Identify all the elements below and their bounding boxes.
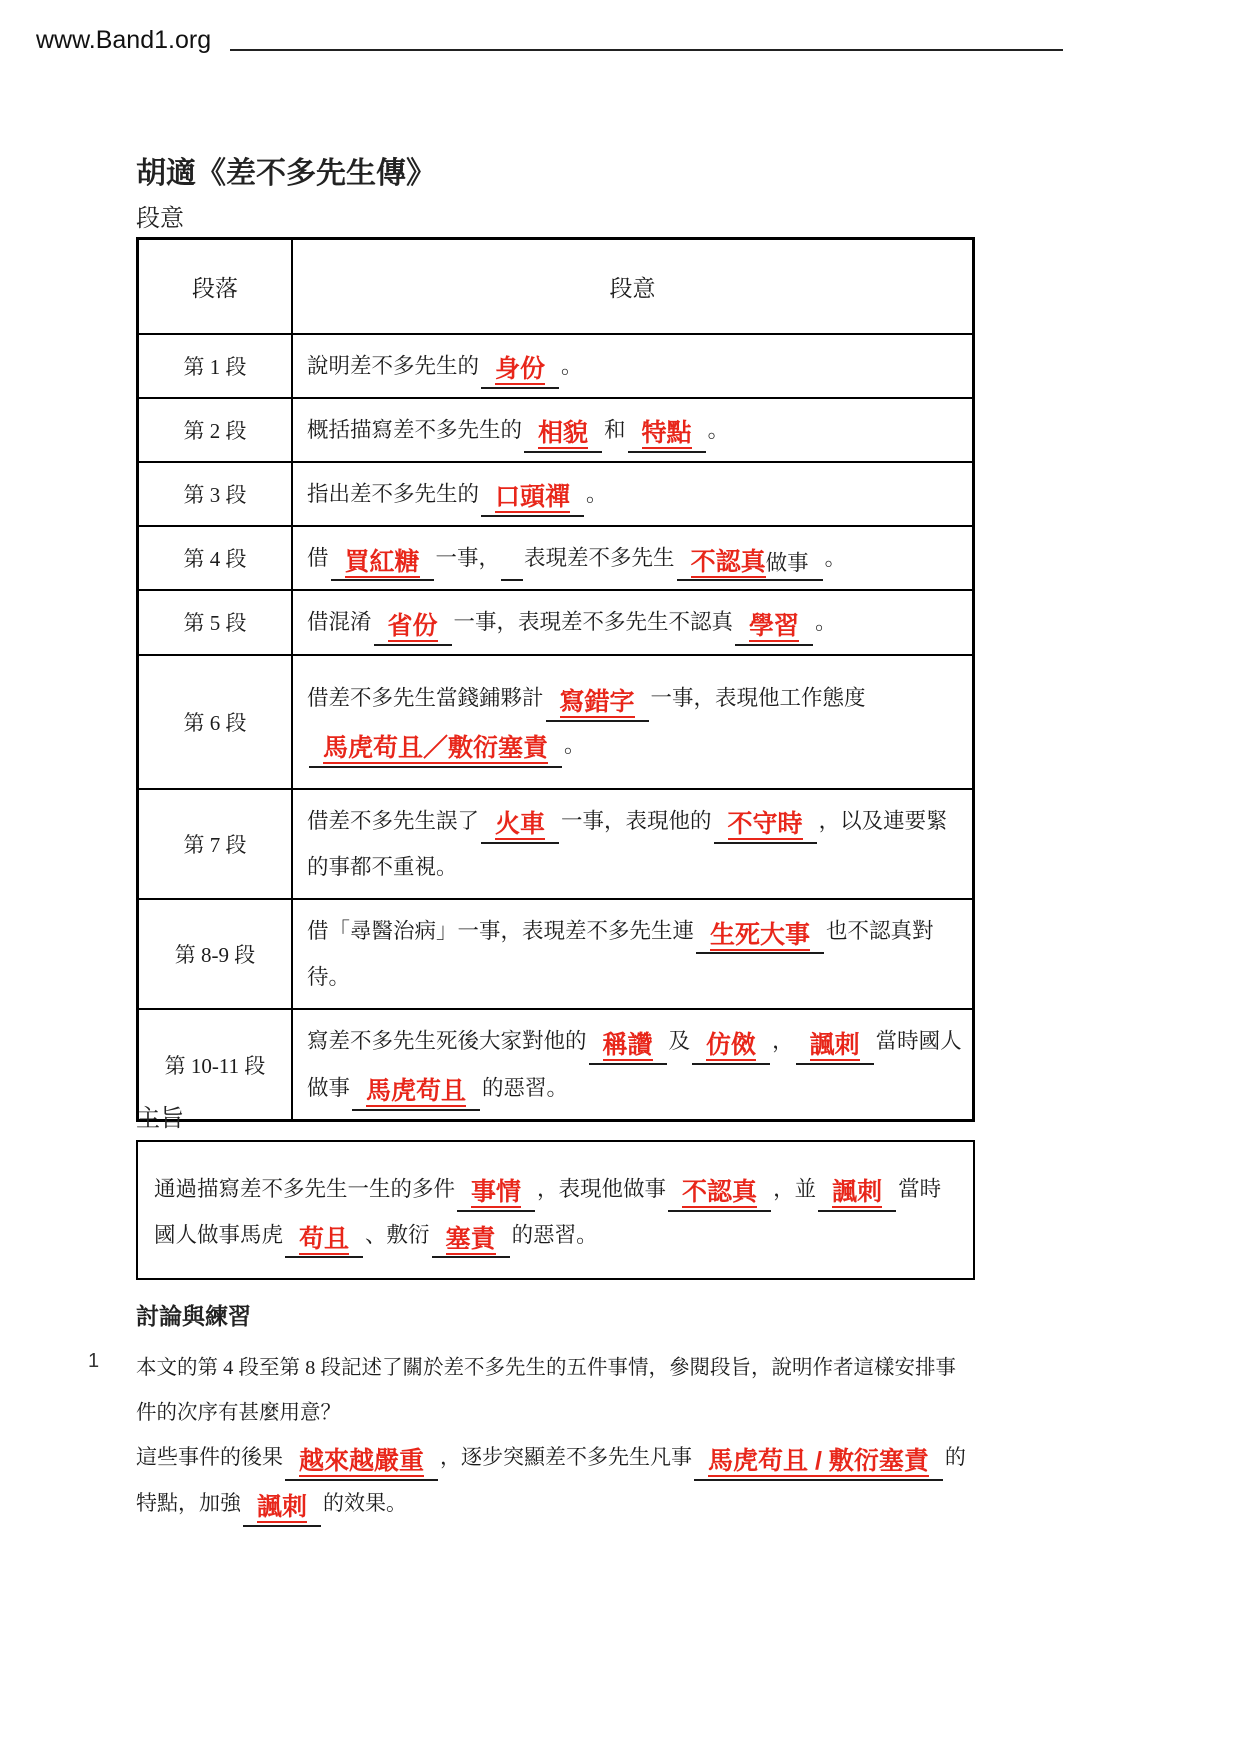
- paragraph-label: 第 2 段: [138, 398, 293, 462]
- table-row: 第 7 段 借差不多先生誤了火車一事，表現他的不守時，以及連要緊的事都不重視。: [138, 789, 974, 899]
- answer-text: 諷刺: [832, 1178, 882, 1208]
- text-segment: 的效果。: [323, 1491, 407, 1515]
- text-segment: 寫差不多先生死後大家對他的: [307, 1029, 587, 1053]
- section-label-duanyi: 段意: [136, 198, 184, 233]
- text-segment: 說明差不多先生的: [307, 354, 479, 378]
- text-segment: 一事，表現他的: [561, 809, 712, 833]
- text-segment: 概括描寫差不多先生的: [307, 418, 522, 442]
- paragraph-label: 第 8-9 段: [138, 899, 293, 1009]
- paragraph-label: 第 1 段: [138, 334, 293, 398]
- question-text: 本文的第 4 段至第 8 段記述了關於差不多先生的五件事情，參閱段旨，說明作者這…: [136, 1346, 975, 1435]
- answer-blank: 不守時: [714, 810, 817, 844]
- main-idea-box: 通過描寫差不多先生一生的多件事情，表現他做事不認真，並諷刺當時國人做事馬虎苟且、…: [136, 1140, 975, 1280]
- text-segment: 。: [564, 733, 586, 757]
- text-segment: 這些事件的後果: [136, 1445, 283, 1469]
- answer-text: 特點: [642, 419, 692, 449]
- text-segment: 指出差不多先生的: [307, 482, 479, 506]
- answer-text: 省份: [388, 612, 438, 642]
- text-segment: 和: [604, 418, 626, 442]
- paragraph-meaning: 借混淆省份一事，表現差不多先生不認真學習。: [292, 590, 974, 654]
- answer-blank: 諷刺: [818, 1178, 896, 1212]
- paragraph-meaning: 寫差不多先生死後大家對他的稱讚及仿傚，諷刺當時國人做事馬虎苟且的惡習。: [292, 1009, 974, 1120]
- table-row: 第 8-9 段 借「尋醫治病」一事，表現差不多先生連生死大事也不認真對待。: [138, 899, 974, 1009]
- answer-text: 馬虎苟且 / 敷衍塞責: [708, 1447, 929, 1477]
- paragraph-meaning: 指出差不多先生的口頭禪。: [292, 462, 974, 526]
- answer-blank: 仿傚: [692, 1031, 770, 1065]
- answer-blank: 諷刺: [243, 1493, 321, 1527]
- table-row: 第 2 段 概括描寫差不多先生的相貌和特點。: [138, 398, 974, 462]
- text-segment: 通過描寫差不多先生一生的多件: [154, 1177, 455, 1201]
- table-row: 第 3 段 指出差不多先生的口頭禪。: [138, 462, 974, 526]
- blank-line: [501, 558, 523, 582]
- text-segment: 。: [561, 354, 583, 378]
- answer-text: 諷刺: [257, 1493, 307, 1523]
- text-segment: 一事，: [436, 546, 501, 570]
- answer-blank: 不認真做事: [677, 548, 823, 582]
- answer-blank: 省份: [374, 612, 452, 646]
- section-label-discussion: 討論與練習: [136, 1298, 251, 1331]
- answer-blank: 火車: [481, 810, 559, 844]
- table-row: 第 5 段 借混淆省份一事，表現差不多先生不認真學習。: [138, 590, 974, 654]
- answer-blank: 馬虎苟且: [352, 1077, 480, 1111]
- answer-text: 事情: [471, 1178, 521, 1208]
- text-segment: ，表現他做事: [537, 1177, 666, 1201]
- answer-text: 諷刺: [810, 1031, 860, 1061]
- question-number: 1: [88, 1346, 136, 1527]
- table-row: 第 1 段 說明差不多先生的身份。: [138, 334, 974, 398]
- paragraph-label: 第 3 段: [138, 462, 293, 526]
- answer-text: 越來越嚴重: [299, 1447, 424, 1477]
- answer-blank: 生死大事: [696, 921, 824, 955]
- question-answer: 這些事件的後果越來越嚴重，逐步突顯差不多先生凡事馬虎苟且 / 敷衍塞責的特點，加…: [136, 1435, 975, 1527]
- table-row: 第 6 段 借差不多先生當錢鋪夥計寫錯字一事，表現他工作態度馬虎苟且／敷衍塞責。: [138, 655, 974, 789]
- text-segment: 借「尋醫治病」一事，表現差不多先生連: [307, 919, 694, 943]
- text-segment: ，逐步突顯差不多先生凡事: [440, 1445, 692, 1469]
- answer-text: 買紅糖: [345, 548, 420, 578]
- answer-text: 身份: [495, 355, 545, 385]
- answer-text: 塞責: [446, 1225, 496, 1255]
- text-segment: 、敷衍: [365, 1223, 430, 1247]
- answer-blank: 特點: [628, 419, 706, 453]
- text-segment: 的惡習。: [512, 1223, 598, 1247]
- text-segment: 。: [815, 610, 837, 634]
- paragraph-label: 第 6 段: [138, 655, 293, 789]
- text-segment: 一事，表現差不多先生不認真: [454, 610, 734, 634]
- text-segment: ，並: [773, 1177, 816, 1201]
- question-1-block: 1 本文的第 4 段至第 8 段記述了關於差不多先生的五件事情，參閱段旨，說明作…: [88, 1346, 988, 1527]
- text-segment: 借: [307, 546, 329, 570]
- answer-blank: 口頭禪: [481, 483, 584, 517]
- paragraph-meaning: 說明差不多先生的身份。: [292, 334, 974, 398]
- text-segment: 及: [669, 1029, 691, 1053]
- answer-text: 馬虎苟且／敷衍塞責: [323, 734, 548, 764]
- answer-blank: 越來越嚴重: [285, 1447, 438, 1481]
- answer-text: 稱讚: [603, 1031, 653, 1061]
- answer-blank: 馬虎苟且／敷衍塞責: [309, 734, 562, 768]
- text-segment: ，: [772, 1029, 794, 1053]
- column-header-meaning: 段意: [292, 239, 974, 334]
- answer-text: 火車: [495, 810, 545, 840]
- answer-text: 馬虎苟且: [366, 1077, 466, 1107]
- paragraph-meaning: 借「尋醫治病」一事，表現差不多先生連生死大事也不認真對待。: [292, 899, 974, 1009]
- answer-text: 不認真: [691, 548, 766, 578]
- text-segment: 借混淆: [307, 610, 372, 634]
- paragraph-meaning-table: 段落 段意 第 1 段 說明差不多先生的身份。 第 2 段 概括描寫差不多先生的…: [136, 237, 975, 1122]
- table-header-row: 段落 段意: [138, 239, 974, 334]
- column-header-paragraph: 段落: [138, 239, 293, 334]
- answer-text: 生死大事: [710, 921, 810, 951]
- text-segment: 。: [825, 546, 847, 570]
- text-segment: 借差不多先生當錢鋪夥計: [307, 686, 544, 710]
- section-label-zhuzhi: 主旨: [136, 1098, 184, 1133]
- question-body: 本文的第 4 段至第 8 段記述了關於差不多先生的五件事情，參閱段旨，說明作者這…: [136, 1346, 975, 1527]
- answer-blank: 相貌: [524, 419, 602, 453]
- paragraph-meaning: 借差不多先生當錢鋪夥計寫錯字一事，表現他工作態度馬虎苟且／敷衍塞責。: [292, 655, 974, 789]
- text-segment: 一事，表現他工作態度: [651, 686, 866, 710]
- header-rule: [230, 49, 1063, 51]
- worksheet-page: www.Band1.org 胡適《差不多先生傳》 段意 段落 段意 第 1 段 …: [0, 0, 1240, 1754]
- paragraph-meaning: 借差不多先生誤了火車一事，表現他的不守時，以及連要緊的事都不重視。: [292, 789, 974, 899]
- paragraph-label: 第 5 段: [138, 590, 293, 654]
- text-segment: 做事: [766, 551, 809, 575]
- text-segment: 。: [586, 482, 608, 506]
- answer-blank: 諷刺: [796, 1031, 874, 1065]
- answer-text: 口頭禪: [495, 483, 570, 513]
- answer-text: 不守時: [728, 810, 803, 840]
- answer-blank: 事情: [457, 1178, 535, 1212]
- paragraph-meaning: 概括描寫差不多先生的相貌和特點。: [292, 398, 974, 462]
- answer-blank: 買紅糖: [331, 548, 434, 582]
- answer-text: 仿傚: [706, 1031, 756, 1061]
- answer-blank: 身份: [481, 355, 559, 389]
- answer-blank: 馬虎苟且 / 敷衍塞責: [694, 1447, 943, 1481]
- paragraph-meaning: 借買紅糖一事，表現差不多先生不認真做事。: [292, 526, 974, 590]
- answer-blank: 學習: [735, 612, 813, 646]
- answer-text: 相貌: [538, 419, 588, 449]
- text-segment: 借差不多先生誤了: [307, 809, 479, 833]
- answer-text: 學習: [749, 612, 799, 642]
- paragraph-label: 第 4 段: [138, 526, 293, 590]
- answer-blank: 塞責: [432, 1225, 510, 1259]
- text-segment: 表現差不多先生: [524, 546, 675, 570]
- answer-blank: 不認真: [668, 1178, 771, 1212]
- site-url: www.Band1.org: [36, 26, 211, 55]
- answer-blank: 苟且: [285, 1225, 363, 1259]
- answer-blank: 寫錯字: [546, 688, 649, 722]
- text-segment: 的惡習。: [482, 1076, 568, 1100]
- answer-text: 不認真: [682, 1178, 757, 1208]
- answer-text: 苟且: [299, 1225, 349, 1255]
- answer-blank: 稱讚: [589, 1031, 667, 1065]
- page-title: 胡適《差不多先生傳》: [136, 148, 436, 192]
- table-row: 第 10-11 段 寫差不多先生死後大家對他的稱讚及仿傚，諷刺當時國人做事馬虎苟…: [138, 1009, 974, 1120]
- text-segment: 。: [708, 418, 730, 442]
- answer-text: 寫錯字: [560, 688, 635, 718]
- paragraph-label: 第 7 段: [138, 789, 293, 899]
- table-row: 第 4 段 借買紅糖一事，表現差不多先生不認真做事。: [138, 526, 974, 590]
